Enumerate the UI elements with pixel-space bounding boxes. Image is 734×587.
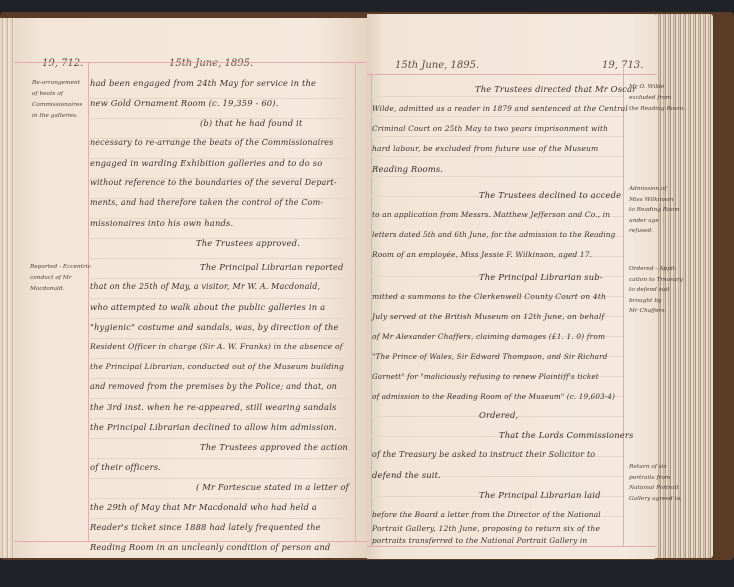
- ruled-line: [88, 498, 355, 499]
- right-red-rule: [355, 62, 356, 542]
- ruled-line: [88, 478, 355, 479]
- margin-note-wilde: Mr O. Wilde excluded from the Reading Ro…: [629, 82, 685, 115]
- margin-note-line: Miss Wilkinson: [629, 195, 680, 206]
- text-line: necessary to re-arrange the beats of the…: [90, 138, 333, 147]
- margin-note-line: to defend suit: [629, 285, 683, 296]
- text-line: The Trustees declined to accede: [479, 190, 621, 200]
- ruled-line: [88, 418, 355, 419]
- text-line: the Principal Librarian, conducted out o…: [90, 362, 344, 371]
- margin-note-line: to Reading Room: [629, 205, 680, 216]
- ruled-line: [371, 96, 623, 97]
- ruled-line: [88, 518, 355, 519]
- text-line: portraits transferred to the National Po…: [372, 536, 587, 545]
- ruled-line: [88, 278, 355, 279]
- margin-note-line: Ordered - Appli-: [629, 264, 683, 275]
- text-line: The Trustees directed that Mr Oscar: [475, 84, 636, 94]
- text-line: Reader's ticket since 1888 had lately fr…: [90, 522, 321, 532]
- margin-note-line: excluded from: [629, 93, 685, 104]
- margin-note-line: of beats of: [32, 89, 82, 100]
- ruled-line: [88, 298, 355, 299]
- text-line: hard labour, be excluded from future use…: [372, 144, 598, 153]
- margin-note-line: refused.: [629, 226, 680, 237]
- ruled-line: [371, 136, 623, 137]
- margin-note-portraits: Return of six portraits from National Po…: [629, 462, 682, 504]
- margin-red-rule: [88, 62, 89, 542]
- text-line: that on the 25th of May, a visitor, Mr W…: [90, 282, 320, 291]
- text-line: The Principal Librarian reported: [200, 262, 344, 272]
- margin-note-line: Return of six: [629, 462, 682, 473]
- ruled-line: [88, 318, 355, 319]
- ruled-line: [88, 458, 355, 459]
- text-line: without reference to the boundaries of t…: [90, 178, 337, 187]
- margin-note-line: Admission of: [629, 184, 680, 195]
- ruled-line: [88, 398, 355, 399]
- left-page-date: 15th June, 1895.: [169, 58, 253, 69]
- left-page: 19, 712. 15th June, 1895. Re-arrangement…: [14, 18, 369, 558]
- text-line: "hygienic" costume and sandals, was, by …: [90, 322, 339, 332]
- text-line: Reading Room in an uncleanly condition o…: [90, 542, 330, 552]
- margin-note-line: Mr Chaffers.: [629, 306, 683, 317]
- ruled-line: [88, 358, 355, 359]
- margin-note-line: Mr O. Wilde: [629, 82, 685, 93]
- text-line: "The Prince of Wales, Sir Edward Thompso…: [372, 352, 608, 361]
- right-page: 15th June, 1895. 19, 713. Mr O. Wilde ex…: [367, 14, 657, 559]
- margin-note-line: Gallery agreed to.: [629, 494, 682, 505]
- text-line: defend the suit.: [372, 470, 441, 480]
- text-line: The Principal Librarian laid: [479, 490, 601, 500]
- ruled-line: [88, 258, 355, 259]
- text-line: to an application from Messrs. Matthew J…: [372, 210, 610, 219]
- text-line: and removed from the premises by the Pol…: [90, 382, 337, 391]
- text-line: engaged in warding Exhibition galleries …: [90, 158, 322, 168]
- ruled-line: [371, 116, 623, 117]
- text-line: Garnett" for "maliciously refusing to re…: [372, 372, 599, 381]
- text-line: The Trustees approved.: [196, 238, 300, 248]
- text-line: who attempted to walk about the public g…: [90, 302, 325, 312]
- margin-note-wilkinson: Admission of Miss Wilkinson to Reading R…: [629, 184, 680, 237]
- ruled-line: [371, 176, 623, 177]
- margin-note-macdonald: Reported - Eccentric conduct of Mr Macdo…: [30, 262, 91, 295]
- text-line: had been engaged from 24th May for servi…: [90, 78, 316, 88]
- margin-note-chaffers: Ordered - Appli- cation to Treasury to d…: [629, 264, 683, 317]
- text-line: Room of an employée, Miss Jessie F. Wilk…: [372, 250, 592, 259]
- text-line: ( Mr Fortescue stated in a letter of: [196, 482, 349, 492]
- text-line: the Principal Librarian declined to allo…: [90, 422, 337, 432]
- margin-note-line: Macdonald.: [30, 284, 91, 295]
- margin-note-line: brought by: [629, 296, 683, 307]
- text-line: of Mr Alexander Chaffers, claiming damag…: [372, 332, 605, 341]
- text-line: ments, and had therefore taken the contr…: [90, 198, 323, 207]
- margin-note-rearrangement: Re-arrangement of beats of Commissionair…: [32, 78, 82, 122]
- text-line: The Principal Librarian sub-: [479, 272, 603, 282]
- ruled-line: [88, 378, 355, 379]
- margin-note-line: cation to Treasury: [629, 275, 683, 286]
- margin-note-line: Reported - Eccentric: [30, 262, 91, 273]
- margin-note-line: conduct of Mr: [30, 273, 91, 284]
- left-folio-number: 19, 712.: [42, 58, 83, 69]
- text-line: the 3rd inst. when he re-appeared, still…: [90, 402, 336, 412]
- margin-note-line: Commissionaires: [32, 100, 82, 111]
- margin-note-line: portraits from: [629, 473, 682, 484]
- right-page-date: 15th June, 1895.: [395, 60, 479, 71]
- text-line: of the Treasury be asked to instruct the…: [372, 450, 595, 459]
- ruled-line: [371, 156, 623, 157]
- margin-note-line: National Portrait: [629, 483, 682, 494]
- text-line: Ordered,: [479, 410, 518, 420]
- text-line: That the Lords Commissioners: [499, 430, 634, 440]
- text-line: (b) that he had found it: [200, 118, 302, 128]
- text-line: of their officers.: [90, 462, 161, 472]
- header-red-rule: [14, 62, 369, 63]
- text-line: missionaires into his own hands.: [90, 218, 233, 228]
- margin-note-line: under age: [629, 216, 680, 227]
- ruled-line: [88, 338, 355, 339]
- margin-red-rule: [623, 64, 624, 546]
- text-line: Criminal Court on 25th May to two years …: [372, 124, 608, 133]
- text-line: Reading Rooms.: [372, 164, 443, 174]
- text-line: of admission to the Reading Room of the …: [372, 392, 615, 401]
- text-line: Wilde, admitted as a reader in 1879 and …: [372, 104, 628, 113]
- text-line: the 29th of May that Mr Macdonald who ha…: [90, 502, 317, 512]
- margin-note-line: the Reading Room.: [629, 104, 685, 115]
- text-line: Portrait Gallery, 12th June, proposing t…: [372, 524, 600, 533]
- ruled-line: [88, 438, 355, 439]
- text-line: July served at the British Museum on 12t…: [372, 312, 604, 321]
- margin-note-line: in the galleries.: [32, 111, 82, 122]
- text-line: Resident Officer in charge (Sir A. W. Fr…: [90, 342, 343, 351]
- text-line: new Gold Ornament Room (c. 19,359 - 60).: [90, 98, 279, 108]
- header-red-rule: [367, 74, 657, 75]
- margin-note-line: Re-arrangement: [32, 78, 82, 89]
- text-line: letters dated 5th and 6th June, for the …: [372, 230, 615, 239]
- text-line: The Trustees approved the action: [200, 442, 348, 452]
- text-line: before the Board a letter from the Direc…: [372, 510, 601, 519]
- text-line: mitted a summons to the Clerkenwell Coun…: [372, 292, 606, 301]
- footer-red-rule: [367, 546, 657, 547]
